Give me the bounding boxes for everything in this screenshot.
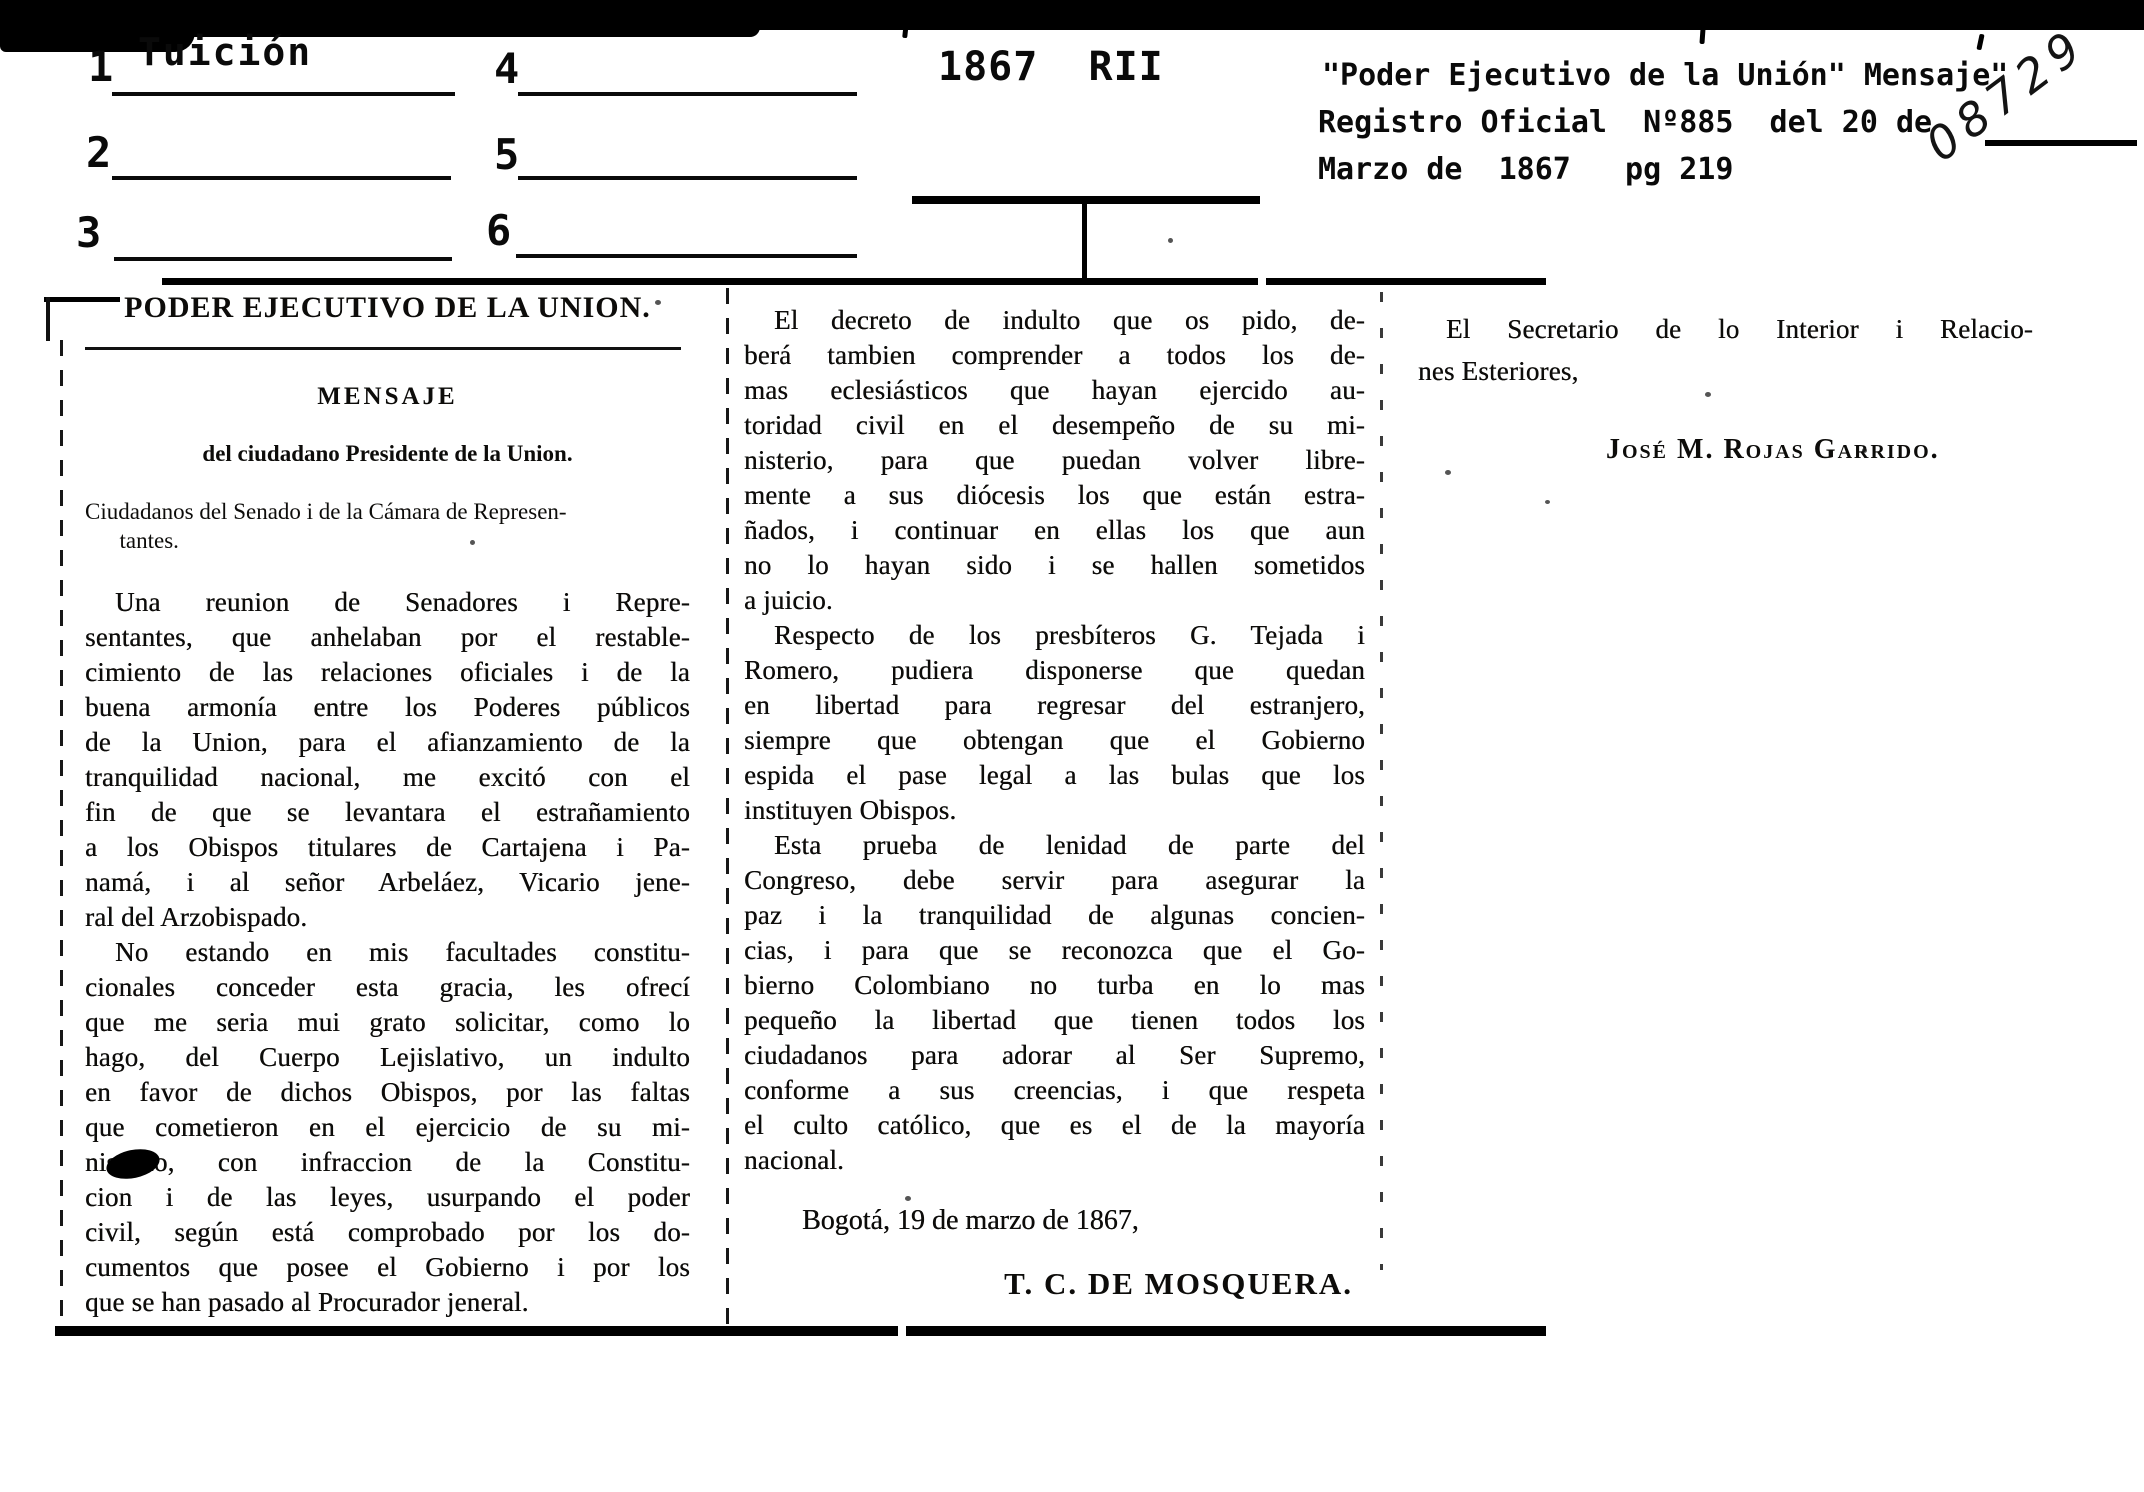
text-line: hago, del Cuerpo Lejislativo, un indulto — [85, 1040, 690, 1075]
text-line: que se han pasado al Procurador jeneral. — [85, 1285, 690, 1320]
text-line: pequeño la libertad que tienen todos los — [744, 1003, 1365, 1038]
ink-speck — [905, 1196, 911, 1201]
ink-tick-mark — [902, 22, 909, 38]
article-subheading: del ciudadano Presidente de la Union. — [85, 439, 690, 469]
text-line: nisterio, con infraccion de la Constitu- — [85, 1145, 690, 1180]
text-line: ñados, i continuar en ellas los que aun — [744, 513, 1365, 548]
reference-underline — [1985, 140, 2137, 146]
form-field-number-6: 6 — [486, 206, 511, 255]
text-line: conforme a sus creencias, i que respeta — [744, 1073, 1365, 1108]
text-line: nisterio, para que puedan volver libre- — [744, 443, 1365, 478]
text-line: que cometieron en el ejercicio de su mi- — [85, 1110, 690, 1145]
text-line: en libertad para regresar del estranjero… — [744, 688, 1365, 723]
corner-bracket-mark — [46, 297, 50, 341]
middle-column: El decreto de indulto que os pido, de-be… — [744, 303, 1365, 1303]
text-line: de la Union, para el afianzamiento de la — [85, 725, 690, 760]
dateline: Bogotá, 19 de marzo de 1867, — [744, 1202, 1365, 1240]
column-separator — [1380, 292, 1383, 1270]
text-line: Ciudadanos del Senado i de la Cámara de … — [85, 497, 690, 526]
text-line: tantes. — [85, 526, 690, 555]
form-field-number-2: 2 — [86, 128, 111, 177]
paragraph: El decreto de indulto que os pido, de-be… — [744, 303, 1365, 618]
masthead-title: PODER EJECUTIVO DE LA UNION. — [85, 285, 690, 325]
stamp-vertical-rule — [1082, 202, 1087, 282]
salutation: Ciudadanos del Senado i de la Cámara de … — [85, 497, 690, 555]
text-line: mas eclesiásticos que hayan ejercido au- — [744, 373, 1365, 408]
form-blank-line-1 — [112, 92, 455, 96]
text-line: el culto católico, que es el de la mayor… — [744, 1108, 1365, 1143]
right-column: El Secretario de lo Interior i Relacio-n… — [1418, 308, 2033, 466]
text-line: Respecto de los presbíteros G. Tejada i — [744, 618, 1365, 653]
text-line: espida el pase legal a las bulas que los — [744, 758, 1365, 793]
paragraph: Respecto de los presbíteros G. Tejada iR… — [744, 618, 1365, 828]
form-field-number-4: 4 — [494, 44, 519, 93]
form-blank-line-5 — [518, 176, 857, 180]
ink-speck — [1862, 448, 1867, 453]
form-blank-line-2 — [112, 176, 451, 180]
ink-speck — [1168, 238, 1173, 243]
text-line: El Secretario de lo Interior i Relacio- — [1418, 308, 2033, 350]
text-line: No estando en mis facultades constitu- — [85, 935, 690, 970]
ink-tick-mark — [1699, 28, 1705, 44]
ink-speck — [1705, 392, 1711, 397]
text-line: cion i de las leyes, usurpando el poder — [85, 1180, 690, 1215]
reference-line-2: Registro Oficial Nº885 del 20 de — [1318, 105, 1932, 140]
text-line: buena armonía entre los Poderes públicos — [85, 690, 690, 725]
article-bottom-rule — [55, 1326, 898, 1336]
left-column: PODER EJECUTIVO DE LA UNION. MENSAJE del… — [85, 285, 690, 1320]
column-separator — [726, 288, 729, 1335]
ink-speck — [470, 540, 475, 545]
secretary-signature: José M. Rojas Garrido. — [1606, 434, 2033, 466]
masthead-rule — [85, 347, 681, 350]
form-blank-line-6 — [516, 254, 857, 258]
text-line: tranquilidad nacional, me excitó con el — [85, 760, 690, 795]
form-field-number-5: 5 — [494, 130, 519, 179]
text-line: berá tambien comprender a todos los de- — [744, 338, 1365, 373]
article-top-rule — [1266, 278, 1546, 285]
article-top-rule — [162, 278, 1258, 285]
text-line: sentantes, que anhelaban por el restable… — [85, 620, 690, 655]
paragraph: Esta prueba de lenidad de parte delCongr… — [744, 828, 1365, 1178]
text-line: civil, según está comprobado por los do- — [85, 1215, 690, 1250]
text-line: namá, i al señor Arbeláez, Vicario jene- — [85, 865, 690, 900]
text-line: El decreto de indulto que os pido, de- — [744, 303, 1365, 338]
text-line: nes Esteriores, — [1418, 350, 2033, 392]
text-line: en favor de dichos Obispos, por las falt… — [85, 1075, 690, 1110]
form-field-number-3: 3 — [76, 208, 101, 257]
text-line: cias, i para que se reconozca que el Go- — [744, 933, 1365, 968]
text-line: ciudadanos para adorar al Ser Supremo, — [744, 1038, 1365, 1073]
text-line: Romero, pudiera disponerse que quedan — [744, 653, 1365, 688]
handwritten-number: 08729 — [1916, 17, 2097, 172]
president-signature: T. C. DE MOSQUERA. — [744, 1265, 1365, 1303]
form-blank-line-3 — [114, 257, 452, 261]
text-line: Una reunion de Senadores i Repre- — [85, 585, 690, 620]
reference-line-3: Marzo de 1867 pg 219 — [1318, 152, 1733, 187]
reference-line-1: "Poder Ejecutivo de la Unión" Mensaje" — [1322, 58, 2008, 93]
article-bottom-rule — [906, 1326, 1546, 1336]
text-line: fin de que se levantara el estrañamiento — [85, 795, 690, 830]
text-line: instituyen Obispos. — [744, 793, 1365, 828]
text-line: bierno Colombiano no turba en lo mas — [744, 968, 1365, 1003]
text-line: cionales conceder esta gracia, les ofrec… — [85, 970, 690, 1005]
text-line: a juicio. — [744, 583, 1365, 618]
paragraph: No estando en mis facultades constitu-ci… — [85, 935, 690, 1320]
text-line: mente a sus diócesis los que están estra… — [744, 478, 1365, 513]
text-line: cumentos que posee el Gobierno i por los — [85, 1250, 690, 1285]
left-margin-dashed-border — [60, 340, 63, 1332]
text-line: cimiento de las relaciones oficiales i d… — [85, 655, 690, 690]
text-line: Esta prueba de lenidad de parte del — [744, 828, 1365, 863]
article-heading: MENSAJE — [85, 380, 690, 413]
form-field-number-1: 1 — [88, 42, 113, 91]
ink-speck — [655, 300, 661, 305]
stamp-year-code: 1867 RII — [938, 44, 1164, 90]
form-blank-line-4 — [518, 92, 857, 96]
secretary-title: El Secretario de lo Interior i Relacio-n… — [1418, 308, 2033, 392]
scanned-document-page: 1 Tuición 2 3 4 5 6 1867 RII "Poder Ejec… — [0, 0, 2144, 1492]
ink-tick-mark — [1976, 34, 1984, 51]
text-line: Congreso, debe servir para asegurar la — [744, 863, 1365, 898]
text-line: a los Obispos titulares de Cartajena i P… — [85, 830, 690, 865]
form-field-value-1: Tuición — [138, 30, 312, 74]
text-line: paz i la tranquilidad de algunas concien… — [744, 898, 1365, 933]
paragraph: Una reunion de Senadores i Repre-sentant… — [85, 585, 690, 935]
ink-speck — [1545, 500, 1550, 504]
text-line: toridad civil en el desempeño de su mi- — [744, 408, 1365, 443]
text-line: siempre que obtengan que el Gobierno — [744, 723, 1365, 758]
text-line: no lo hayan sido i se hallen sometidos — [744, 548, 1365, 583]
text-line: que me seria mui grato solicitar, como l… — [85, 1005, 690, 1040]
scan-edge-artifact — [0, 0, 2144, 30]
text-line: ral del Arzobispado. — [85, 900, 690, 935]
text-line: nacional. — [744, 1143, 1365, 1178]
ink-speck — [1445, 470, 1451, 475]
